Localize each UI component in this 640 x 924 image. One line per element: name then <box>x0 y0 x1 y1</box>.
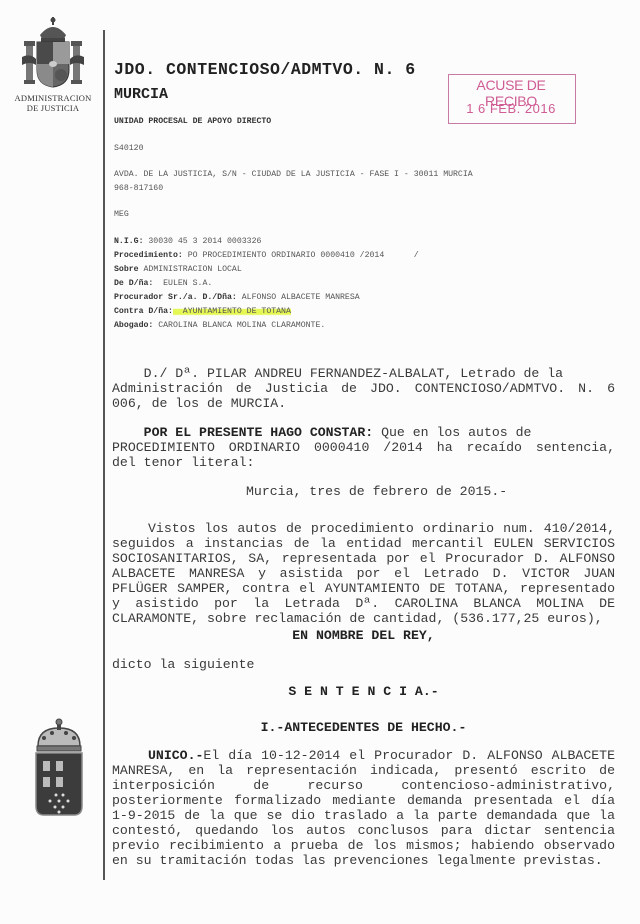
vistos-line: seguidos a instancias de la entidad merc… <box>112 536 615 551</box>
intro-line: D./ Dª. PILAR ANDREU FERNANDEZ-ALBALAT, … <box>112 366 615 381</box>
unico-line: MANRESA, en la representación indicada, … <box>112 763 615 778</box>
document-page: ADMINISTRACION DE JUSTICIA JDO. CONTENCI… <box>0 0 640 924</box>
case-field-nig: N.I.G: 30030 45 3 2014 0003326 <box>114 237 261 246</box>
antecedentes-heading: I.-ANTECEDENTES DE HECHO.- <box>112 720 615 735</box>
vistos-line: y asistido por la Letrada Dª. CAROLINA B… <box>112 596 615 611</box>
unit-name: UNIDAD PROCESAL DE APOYO DIRECTO <box>114 117 271 126</box>
case-field-subject: Sobre ADMINISTRACION LOCAL <box>114 265 242 274</box>
margin-rule <box>103 30 105 880</box>
vistos-line: Vistos los autos de procedimiento ordina… <box>148 521 615 536</box>
unico-line: interposición de recurso contencioso-adm… <box>112 778 615 793</box>
reference-initials: MEG <box>114 210 129 219</box>
vistos-line: PFLÜGER SAMPER, contra el AYUNTAMIENTO D… <box>112 581 615 596</box>
institution-caption: ADMINISTRACION DE JUSTICIA <box>6 93 100 113</box>
murcia-coat-of-arms-icon <box>30 718 88 818</box>
unico-line: posteriormente formalizado mediante dema… <box>112 793 615 808</box>
spain-coat-of-arms-icon <box>20 15 86 93</box>
court-city: MURCIA <box>114 86 168 103</box>
court-address: AVDA. DE LA JUSTICIA, S/N - CIUDAD DE LA… <box>114 170 473 179</box>
court-phone: 968-817160 <box>114 184 163 193</box>
sentencia-heading: S E N T E N C I A.- <box>112 684 615 699</box>
stamp-date: 1 6 FEB. 2016 <box>451 101 571 116</box>
vistos-line: ALBACETE MANRESA y asistida por el Letra… <box>112 566 615 581</box>
case-field-lawyer: Abogado: CAROLINA BLANCA MOLINA CLARAMON… <box>114 321 325 330</box>
case-field-defendant: Contra D/ña: AYUNTAMIENTO DE TOTANA <box>114 307 291 316</box>
en-nombre-del-rey: EN NOMBRE DEL REY, <box>112 628 615 643</box>
unico-line: contestó, quedando los autos conclusos p… <box>112 823 615 838</box>
office-code: S40120 <box>114 144 143 153</box>
constar-line: POR EL PRESENTE HAGO CONSTAR: Que en los… <box>112 425 615 440</box>
vistos-line: SOCIOSANITARIOS, SA, representada por el… <box>112 551 615 566</box>
unico-line: previo recibimiento a prueba de los mism… <box>112 838 615 853</box>
court-name: JDO. CONTENCIOSO/ADMTVO. N. 6 <box>114 60 416 79</box>
unico-line: UNICO.-El día 10-12-2014 el Procurador D… <box>148 748 615 763</box>
case-field-procedure: Procedimiento: PO PROCEDIMIENTO ORDINARI… <box>114 251 419 260</box>
constar-line: del tenor literal: <box>112 455 612 470</box>
case-field-procurator: Procurador Sr./a. D./Dña: ALFONSO ALBACE… <box>114 293 360 302</box>
sentence-date: Murcia, tres de febrero de 2015.- <box>246 484 640 499</box>
highlighted-defendant: AYUNTAMIENTO DE TOTANA <box>173 307 291 316</box>
vistos-line: CLARAMONTE, sobre reclamación de cantida… <box>112 611 612 626</box>
intro-line: 006, de los de MURCIA. <box>112 396 612 411</box>
intro-line: Administración de Justicia de JDO. CONTE… <box>112 381 615 396</box>
unico-line: 1-9-2015 de la que se dio traslado a la … <box>112 808 615 823</box>
dicto-line: dicto la siguiente <box>112 657 612 672</box>
receipt-stamp: ACUSE DE RECIBO 1 6 FEB. 2016 <box>448 74 576 124</box>
constar-line: PROCEDIMIENTO ORDINARIO 0000410 /2014 ha… <box>112 440 615 455</box>
case-field-plaintiff: De D/ña: EULEN S.A. <box>114 279 212 288</box>
unico-line: en su tramitación todas las prevenciones… <box>112 853 612 868</box>
